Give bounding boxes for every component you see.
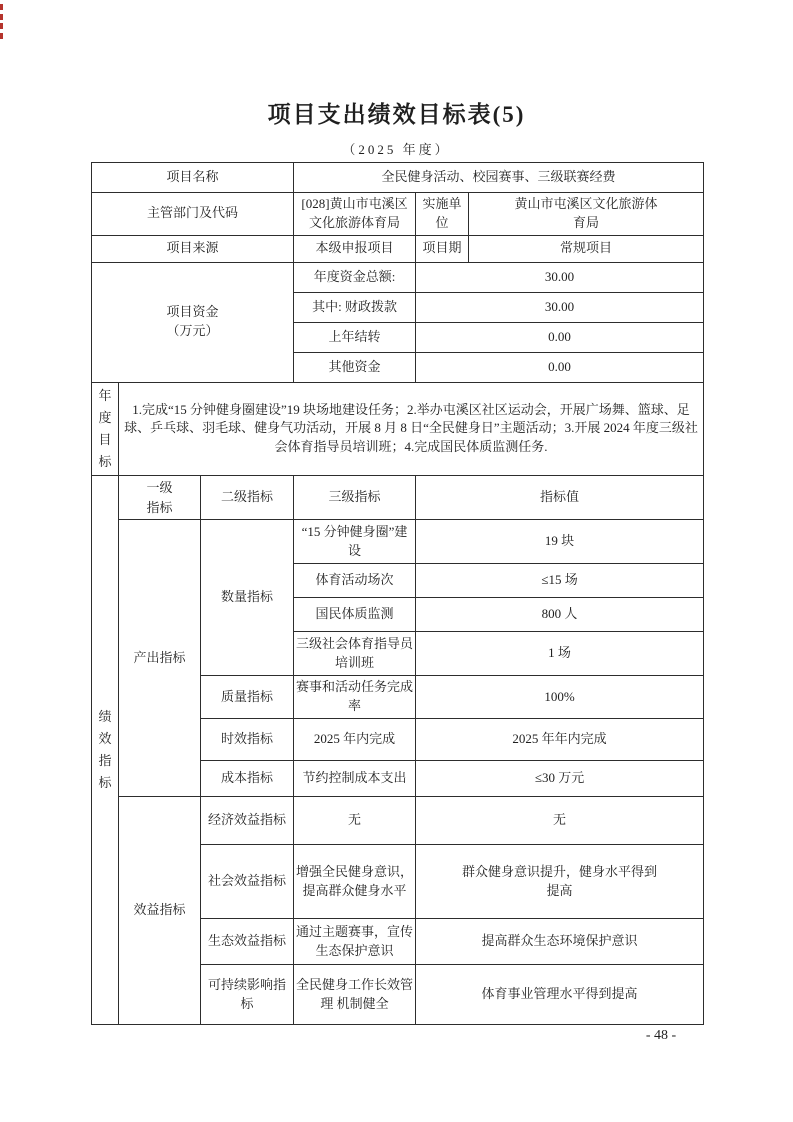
level3-indicator: 国民体质监测 — [294, 598, 416, 632]
level1-output: 产出指标 — [119, 520, 201, 797]
header-value: 指标值 — [416, 476, 704, 520]
indicator-value: 体育事业管理水平得到提高 — [416, 965, 704, 1025]
table-row: 产出指标 数量指标 “15 分钟健身圈”建设 19 块 — [92, 520, 704, 564]
page-title: 项目支出绩效目标表(5) — [0, 96, 793, 129]
dept-value: [028]黄山市屯溪区文化旅游体育局 — [294, 193, 416, 236]
performance-indicators-label: 绩效指标 — [92, 476, 119, 1025]
funding-label: 项目资金 （万元） — [92, 262, 294, 382]
level2-cost: 成本指标 — [201, 761, 294, 797]
level3-indicator: 三级社会体育指导员培训班 — [294, 632, 416, 676]
level2-social: 社会效益指标 — [201, 845, 294, 919]
project-name-label: 项目名称 — [92, 163, 294, 193]
scan-edge-mark — [0, 23, 3, 29]
level3-indicator: 节约控制成本支出 — [294, 761, 416, 797]
project-source-label: 项目来源 — [92, 235, 294, 262]
level3-indicator: “15 分钟健身圈”建设 — [294, 520, 416, 564]
table-row: 项目来源 本级申报项目 项目期 常规项目 — [92, 235, 704, 262]
level3-indicator: 全民健身工作长效管理 机制健全 — [294, 965, 416, 1025]
level2-economic: 经济效益指标 — [201, 797, 294, 845]
indicator-value: ≤30 万元 — [416, 761, 704, 797]
funding-item-label: 其他资金 — [294, 352, 416, 382]
indicator-value: 1 场 — [416, 632, 704, 676]
table-row: 项目名称 全民健身活动、校园赛事、三级联赛经费 — [92, 163, 704, 193]
funding-item-label: 上年结转 — [294, 322, 416, 352]
annual-goal-text: 1.完成“15 分钟健身圈建设”19 块场地建设任务；2.举办屯溪区社区运动会，… — [119, 382, 704, 475]
impl-unit-value: 黄山市屯溪区文化旅游体育局 — [469, 193, 704, 236]
project-source-value: 本级申报项目 — [294, 235, 416, 262]
level3-indicator: 体育活动场次 — [294, 564, 416, 598]
funding-item-amount: 30.00 — [416, 262, 704, 292]
table-row: 效益指标 经济效益指标 无 无 — [92, 797, 704, 845]
level3-indicator: 增强全民健身意识，提高群众健身水平 — [294, 845, 416, 919]
level3-indicator: 通过主题赛事，宣传生态保护意识 — [294, 919, 416, 965]
funding-item-amount: 0.00 — [416, 352, 704, 382]
annual-goal-label: 年度目标 — [92, 382, 119, 475]
page-subtitle: （2025 年度） — [0, 139, 793, 158]
table-row: 主管部门及代码 [028]黄山市屯溪区文化旅游体育局 实施单位 黄山市屯溪区文化… — [92, 193, 704, 236]
funding-item-label: 其中: 财政拨款 — [294, 292, 416, 322]
table-row: 年度目标 1.完成“15 分钟健身圈建设”19 块场地建设任务；2.举办屯溪区社… — [92, 382, 704, 475]
dept-label: 主管部门及代码 — [92, 193, 294, 236]
table-row: 项目资金 （万元） 年度资金总额: 30.00 — [92, 262, 704, 292]
level2-sustainability: 可持续影响指标 — [201, 965, 294, 1025]
funding-item-amount: 30.00 — [416, 292, 704, 322]
funding-item-label: 年度资金总额: — [294, 262, 416, 292]
indicator-value: 无 — [416, 797, 704, 845]
table-row: 绩效指标 一级指标 二级指标 三级指标 指标值 — [92, 476, 704, 520]
scan-edge-mark — [0, 33, 3, 39]
level2-timeliness: 时效指标 — [201, 719, 294, 761]
level2-quality: 质量指标 — [201, 676, 294, 719]
impl-unit-label: 实施单位 — [416, 193, 469, 236]
funding-item-amount: 0.00 — [416, 322, 704, 352]
page-number: - 48 - — [611, 1028, 711, 1044]
level3-indicator: 2025 年内完成 — [294, 719, 416, 761]
indicator-value: 800 人 — [416, 598, 704, 632]
scan-edge-mark — [0, 4, 3, 10]
level1-benefit: 效益指标 — [119, 797, 201, 1025]
indicator-value: 2025 年年内完成 — [416, 719, 704, 761]
project-name-value: 全民健身活动、校园赛事、三级联赛经费 — [294, 163, 704, 193]
header-level3: 三级指标 — [294, 476, 416, 520]
level2-ecological: 生态效益指标 — [201, 919, 294, 965]
indicator-value: 19 块 — [416, 520, 704, 564]
project-period-label: 项目期 — [416, 235, 469, 262]
indicator-value: 提高群众生态环境保护意识 — [416, 919, 704, 965]
scan-edge-mark — [0, 14, 3, 20]
level3-indicator: 赛事和活动任务完成率 — [294, 676, 416, 719]
indicator-value: 100% — [416, 676, 704, 719]
header-level2: 二级指标 — [201, 476, 294, 520]
indicator-value: 群众健身意识提升，健身水平得到提高 — [416, 845, 704, 919]
project-period-value: 常规项目 — [469, 235, 704, 262]
indicator-value: ≤15 场 — [416, 564, 704, 598]
level2-quantity: 数量指标 — [201, 520, 294, 676]
header-level1: 一级指标 — [119, 476, 201, 520]
performance-target-table: 项目名称 全民健身活动、校园赛事、三级联赛经费 主管部门及代码 [028]黄山市… — [91, 162, 704, 1025]
level3-indicator: 无 — [294, 797, 416, 845]
